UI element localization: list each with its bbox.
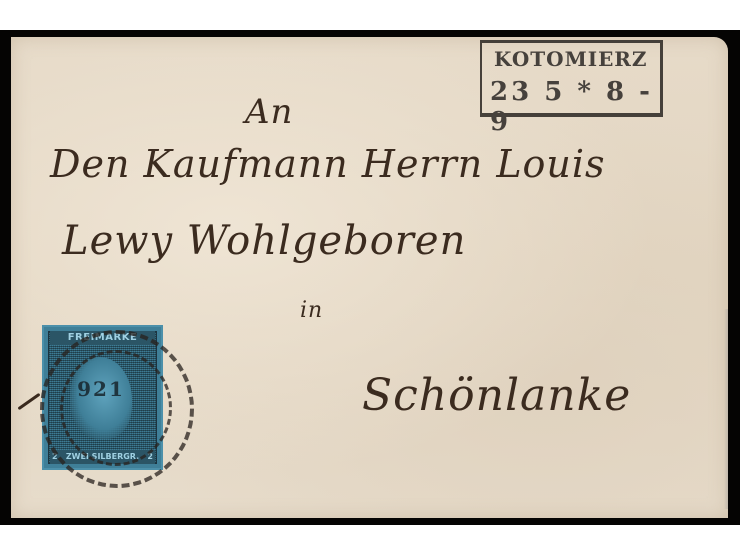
address-line-2: Lewy Wohlgeboren: [62, 218, 466, 264]
address-preposition: in: [300, 298, 323, 323]
circular-cancel-inner-ring: [60, 350, 172, 466]
rectangular-postmark: KOTOMIERZ 23 5 * 8 - 9: [480, 40, 663, 117]
address-line-1: Den Kaufmann Herrn Louis: [50, 142, 606, 186]
address-town: Schönlanke: [362, 370, 631, 421]
postmark-date: 23 5 * 8 - 9: [490, 77, 660, 137]
postmark-town: KOTOMIERZ: [494, 47, 648, 71]
address-salutation: An: [245, 92, 293, 132]
